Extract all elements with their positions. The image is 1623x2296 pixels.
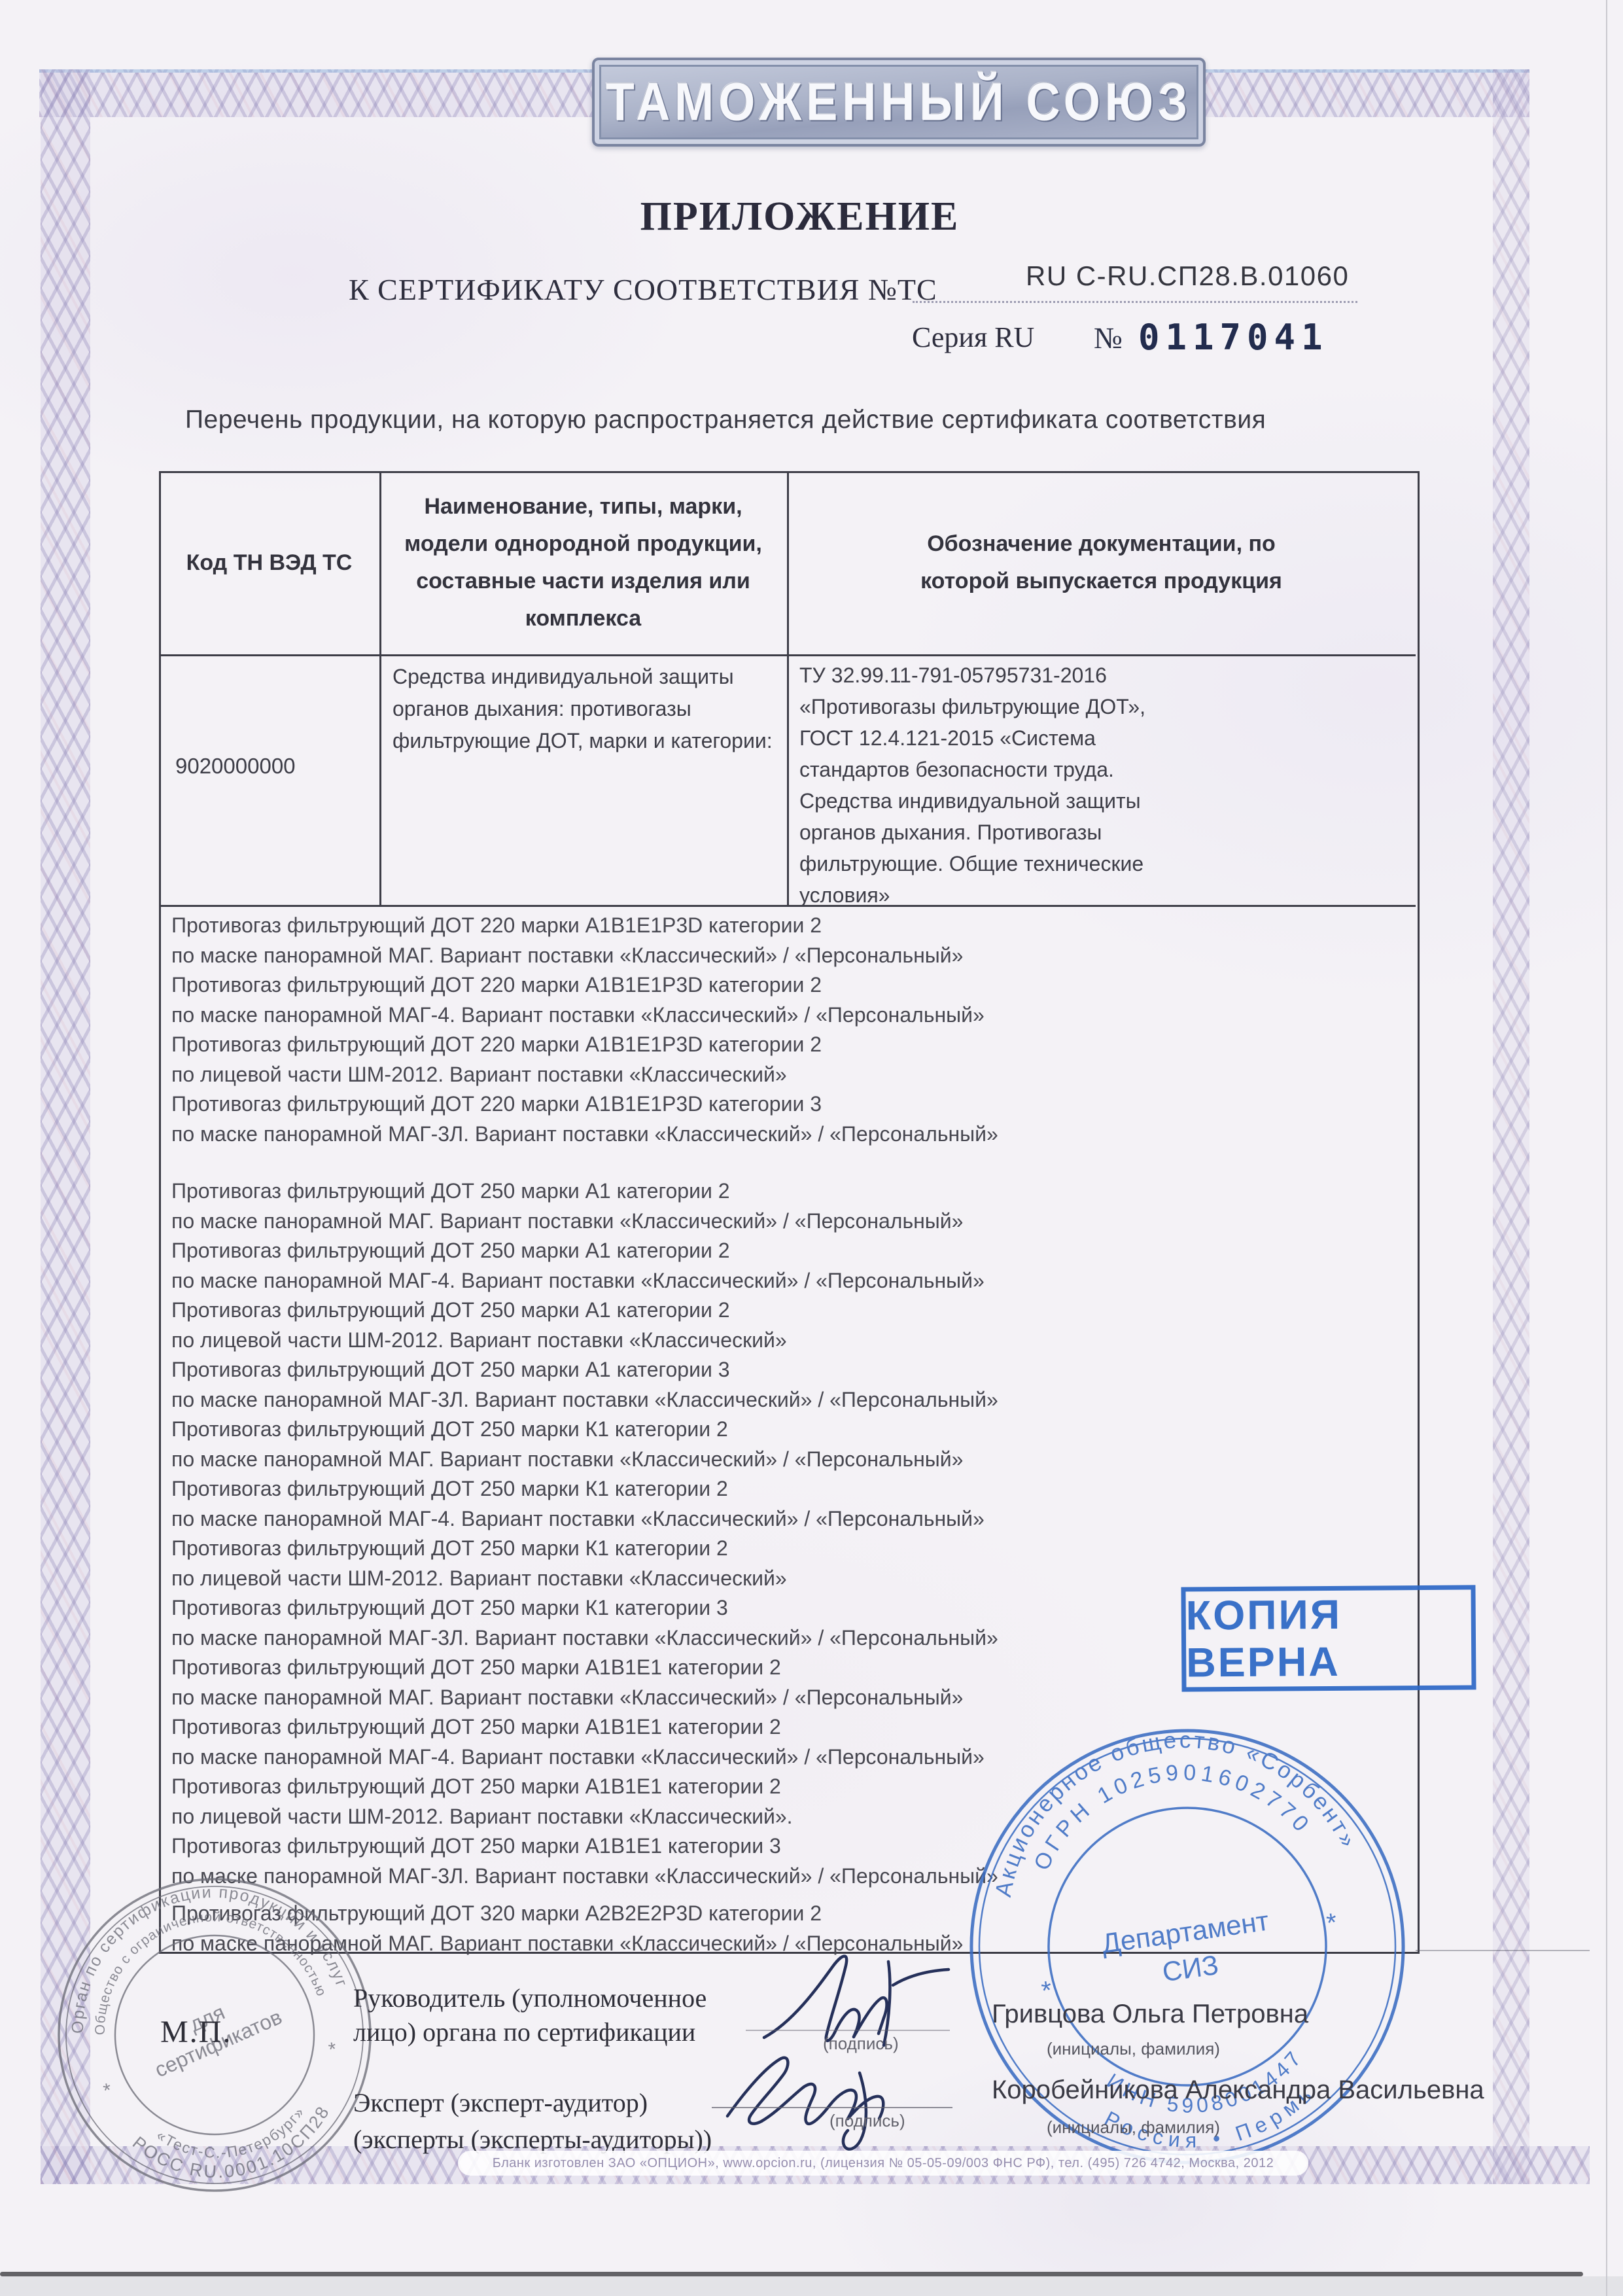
row-name: Средства индивидуальной защиты органов д… xyxy=(393,661,785,757)
blue-stamp-star-right: * xyxy=(1325,1908,1339,1938)
product-line: по маске панорамной МАГ. Вариант поставк… xyxy=(171,941,1408,971)
product-line: по маске панорамной МАГ. Вариант поставк… xyxy=(171,1207,1408,1237)
product-line: Противогаз фильтрующий ДОТ 250 марки А1 … xyxy=(171,1355,1408,1385)
expert-role-line1: Эксперт (эксперт-аудитор) xyxy=(353,2087,648,2118)
customs-union-badge: ТАМОЖЕННЫЙ СОЮЗ xyxy=(592,58,1206,147)
product-line: Противогаз фильтрующий ДОТ 220 марки А1В… xyxy=(171,1030,1408,1060)
black-stamp-star-right: * xyxy=(327,2038,339,2061)
product-line: по лицевой части ШМ-2012. Вариант постав… xyxy=(171,1326,1408,1356)
head-signature-line xyxy=(746,2030,950,2031)
product-line: Противогаз фильтрующий ДОТ 250 марки К1 … xyxy=(171,1415,1408,1445)
blue-stamp-center-line1: Департамент xyxy=(1100,1905,1270,1959)
product-line: по маске панорамной МАГ-4. Вариант поста… xyxy=(171,1504,1408,1534)
expert-role-line2: (эксперты (эксперты-аудиторы)) xyxy=(353,2124,712,2155)
page-title: ПРИЛОЖЕНИЕ xyxy=(621,194,978,240)
product-line: Противогаз фильтрующий ДОТ 250 марки А1 … xyxy=(171,1176,1408,1207)
series-label: Серия RU xyxy=(912,321,1034,354)
column-header-name: Наименование, типы, марки, модели одноро… xyxy=(379,471,787,654)
product-group-gap xyxy=(171,1149,1408,1176)
expert-name: Коробейникова Александра Васильевна xyxy=(992,2075,1484,2105)
head-name-initials-label: (инициалы, фамилия) xyxy=(1047,2039,1220,2059)
head-name: Гривцова Ольга Петровна xyxy=(992,2000,1308,2029)
product-line: Противогаз фильтрующий ДОТ 250 марки А1 … xyxy=(171,1296,1408,1326)
expert-signature-label: (подпись) xyxy=(829,2111,905,2131)
row-code: 9020000000 xyxy=(175,754,296,779)
product-line: по маске панорамной МАГ. Вариант поставк… xyxy=(171,1445,1408,1475)
border-band-left xyxy=(41,69,90,2184)
product-line: по маске панорамной МАГ-4. Вариант поста… xyxy=(171,1266,1408,1296)
expert-signature xyxy=(720,2036,962,2161)
mp-mark: М.П. xyxy=(160,2014,232,2050)
scan-bottom-area xyxy=(0,2276,1623,2296)
column-header-docs: Обозначение документации, по которой вып… xyxy=(787,471,1416,654)
border-band-right xyxy=(1493,69,1529,2184)
copy-verna-stamp-label: КОПИЯ ВЕРНА xyxy=(1186,1590,1472,1686)
certificate-number-underline xyxy=(913,281,1357,303)
product-line: Противогаз фильтрующий ДОТ 250 марки К1 … xyxy=(171,1474,1408,1504)
product-line: по лицевой части ШМ-2012. Вариант постав… xyxy=(171,1060,1408,1090)
product-line: Противогаз фильтрующий ДОТ 220 марки А1В… xyxy=(171,1089,1408,1120)
product-line: по маске панорамной МАГ-3Л. Вариант пост… xyxy=(171,1385,1408,1415)
product-line: Противогаз фильтрующий ДОТ 250 марки А1 … xyxy=(171,1236,1408,1266)
product-line: Противогаз фильтрующий ДОТ 220 марки А1В… xyxy=(171,970,1408,1000)
blue-stamp-center-line2: СИЗ xyxy=(1161,1949,1221,1987)
paper-right-edge xyxy=(1606,0,1607,2296)
head-signature-label: (подпись) xyxy=(823,2034,899,2054)
copy-verna-stamp: КОПИЯ ВЕРНА xyxy=(1181,1585,1476,1691)
expert-signature-line xyxy=(712,2107,952,2108)
expert-name-initials-label: (инициалы, фамилия) xyxy=(1047,2117,1220,2138)
row-docs: ТУ 32.99.11-791-05795731-2016 «Противога… xyxy=(799,660,1156,911)
certificate-page: ТАМОЖЕННЫЙ СОЮЗ ПРИЛОЖЕНИЕ К СЕРТИФИКАТУ… xyxy=(0,0,1623,2296)
customs-union-badge-label: ТАМОЖЕННЫЙ СОЮЗ xyxy=(606,71,1192,132)
series-number: 0117041 xyxy=(1138,317,1329,358)
product-line: Противогаз фильтрующий ДОТ 250 марки К1 … xyxy=(171,1534,1408,1564)
column-header-code: Код ТН ВЭД ТС xyxy=(159,471,379,654)
product-line: по маске панорамной МАГ-4. Вариант поста… xyxy=(171,1000,1408,1031)
black-stamp-star-left: * xyxy=(102,2079,114,2102)
head-role: Руководитель (уполномоченное лицо) орган… xyxy=(353,1981,720,2049)
scan-fold-line xyxy=(1416,1950,1590,1951)
product-line: по маске панорамной МАГ-3Л. Вариант пост… xyxy=(171,1120,1408,1150)
blank-manufacturer-note: Бланк изготовлен ЗАО «ОПЦИОН», www.opcio… xyxy=(458,2151,1308,2176)
series-number-sign: № xyxy=(1094,321,1123,355)
scan-edge-line xyxy=(0,2272,1583,2276)
intro-line: Перечень продукции, на которую распростр… xyxy=(185,406,1266,434)
certificate-subtitle: К СЕРТИФИКАТУ СООТВЕТСТВИЯ №ТС xyxy=(349,272,937,307)
product-line: Противогаз фильтрующий ДОТ 220 марки А1В… xyxy=(171,911,1408,941)
